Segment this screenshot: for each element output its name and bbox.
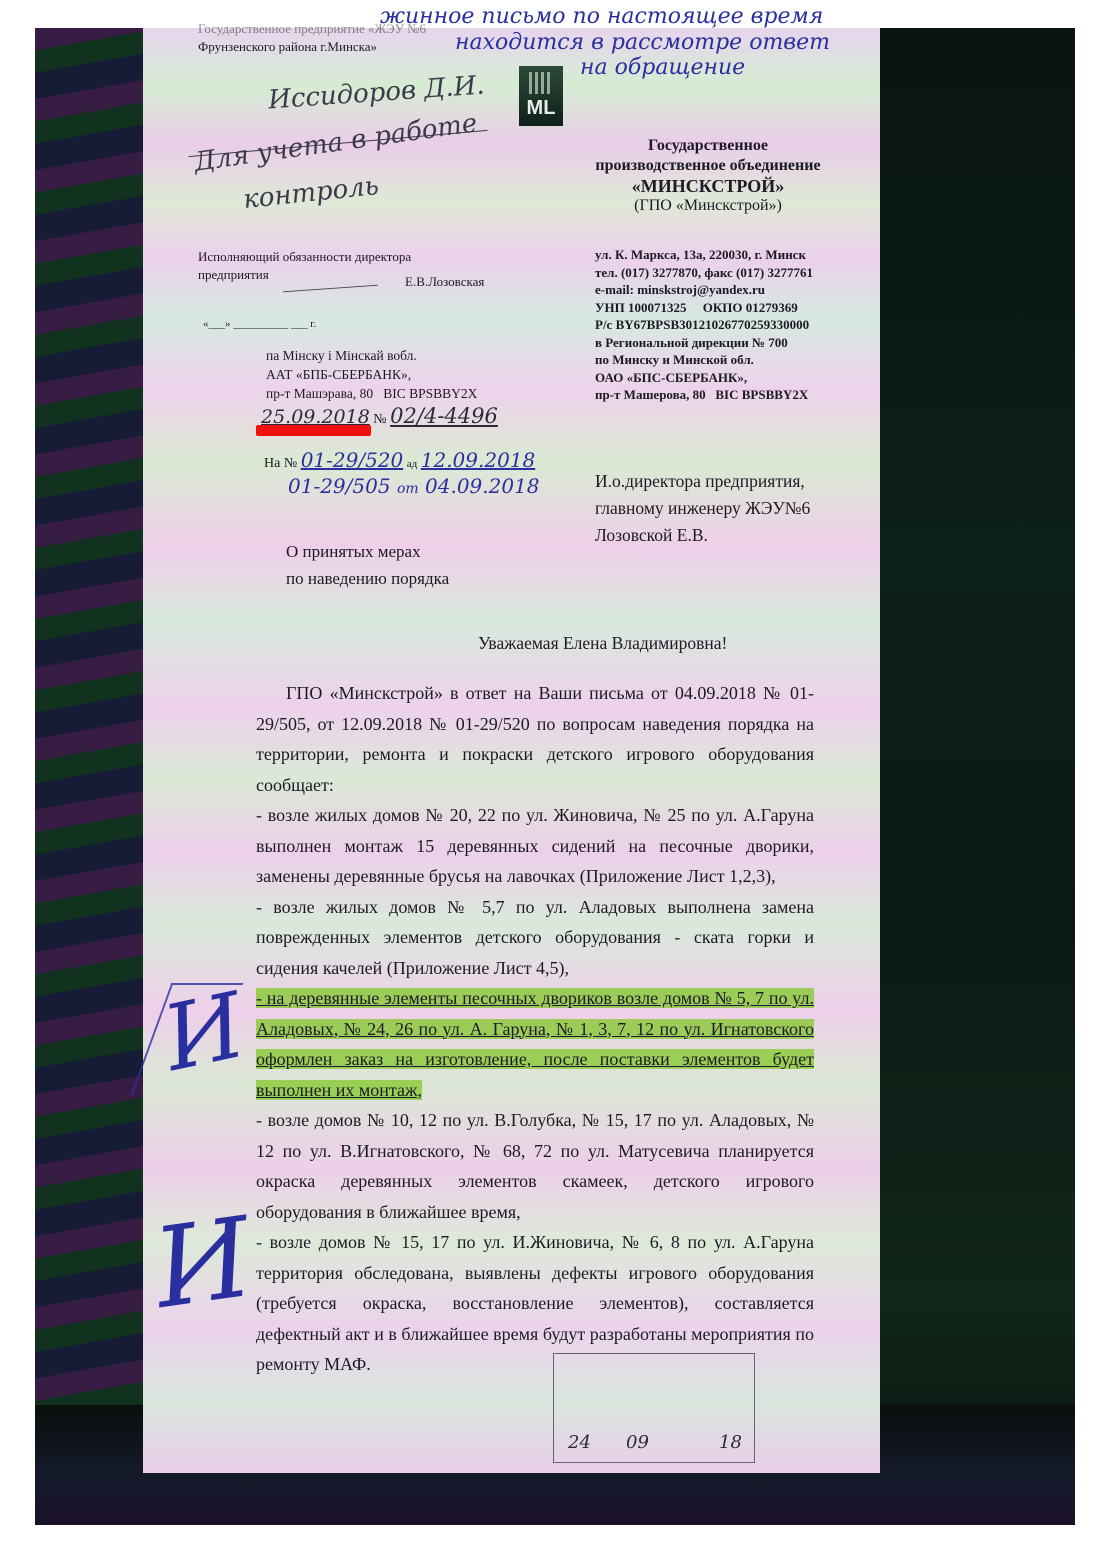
org-bank-line2: по Минску и Минской обл. [595, 351, 825, 369]
subject-block: О принятых мерах по наведению порядка [286, 538, 449, 592]
subject-line1: О принятых мерах [286, 538, 449, 565]
org-title-line2: производственное объединение [583, 156, 833, 176]
body-item-4: - возле домов № 10, 12 по ул. В.Голубка,… [256, 1105, 814, 1227]
org-phone: тел. (017) 3277870, факс (017) 3277761 [595, 264, 825, 282]
bank-by-line2: ААТ «БПБ-СБЕРБАНК», [266, 365, 477, 384]
outgoing-number: 02/4-4496 [390, 404, 498, 428]
subject-line2: по наведению порядка [286, 565, 449, 592]
bank-info-by: па Мінску і Мінскай вобл. ААТ «БПБ-СБЕРБ… [266, 346, 477, 403]
top-note-line1: жинное письмо по настоящее время [380, 4, 823, 30]
acting-director-label2: предприятия [198, 266, 269, 283]
letter-body: ГПО «Минскстрой» в ответ на Ваши письма … [256, 678, 814, 1380]
stamp-month: 09 [626, 1432, 649, 1453]
minskstroy-logo: ML [519, 66, 563, 126]
recipient-line3: Лозовской Е.В. [595, 522, 810, 549]
approval-date-blank: «___» __________ ___ г. [203, 316, 316, 333]
bank-by-line3: пр-т Машэрава, 80 BIC BPSBBY2X [266, 384, 477, 403]
in-reply-date2: 04.09.2018 [425, 474, 540, 498]
org-title-line1: Государственное [583, 136, 833, 156]
dark-surface-right [880, 28, 1075, 1525]
org-title: Государственное производственное объедин… [583, 136, 833, 216]
org-contact-block: ул. К. Маркса, 13а, 220030, г. Минск тел… [595, 246, 825, 404]
resolution-text: Для учета в работе [192, 108, 479, 177]
org-bank-line1: в Региональной дирекции № 700 [595, 334, 825, 352]
director-signature [283, 285, 378, 293]
logo-text: ML [527, 97, 556, 120]
in-reply-number1: 01-29/520 [301, 448, 404, 472]
top-note-line2: находится в рассмотре ответ [455, 30, 830, 56]
org-title-line3: «МИНСКСТРОЙ» [583, 176, 833, 196]
margin-mark-2: И [148, 1202, 258, 1324]
org-bank-line4: пр-т Машерова, 80 BIC BPSBBY2X [595, 386, 825, 404]
in-reply-from-label2: от [397, 481, 419, 497]
body-item-2: - возле жилых домов № 5,7 по ул. Аладовы… [256, 892, 814, 984]
sender-org-line2: Фрунзенского района г.Минска» [198, 38, 377, 55]
in-reply-label: На № [264, 456, 297, 471]
top-note-line3: на обращение [580, 55, 745, 81]
body-item-3: - на деревянные элементы песочных дворик… [256, 983, 814, 1105]
red-underline-mark [256, 425, 371, 436]
body-intro: ГПО «Минскстрой» в ответ на Ваши письма … [256, 678, 814, 800]
outgoing-no-label: № [373, 412, 386, 427]
bank-by-line1: па Мінску і Мінскай вобл. [266, 346, 477, 365]
in-reply-number2: 01-29/505 [288, 474, 391, 498]
acting-director-label: Исполняющий обязанности директора [198, 248, 411, 265]
org-email: e-mail: minskstroj@yandex.ru [595, 281, 825, 299]
logo-buildings-icon [529, 72, 553, 94]
stamp-year: 18 [719, 1432, 742, 1453]
org-title-line4: (ГПО «Минскстрой») [583, 196, 833, 216]
salutation: Уважаемая Елена Владимировна! [478, 633, 727, 654]
in-reply-line2: 01-29/505 от 04.09.2018 [288, 474, 540, 498]
org-unp-okpo: УНП 100071325 ОКПО 01279369 [595, 299, 825, 317]
resolution-name: Иссидоров Д.И. [267, 70, 485, 115]
recipient-line2: главному инженеру ЖЭУ№6 [595, 495, 810, 522]
body-item-3-highlighted: - на деревянные элементы песочных дворик… [256, 988, 814, 1100]
org-bank-line3: ОАО «БПС-СБЕРБАНК», [595, 369, 825, 387]
org-account: Р/с BY67BPSB30121026770259330000 [595, 316, 825, 334]
in-reply-line1: На № 01-29/520 ад 12.09.2018 [264, 448, 535, 472]
recipient-line1: И.о.директора предприятия, [595, 468, 810, 495]
resolution-text2: контроль [242, 171, 380, 215]
incoming-stamp: 24 09 18 [553, 1353, 755, 1463]
letter-page: Государственное предприятие «ЖЭУ №6 Фрун… [143, 28, 880, 1473]
body-item-1: - возле жилых домов № 20, 22 по ул. Жино… [256, 800, 814, 892]
recipient-block: И.о.директора предприятия, главному инже… [595, 468, 810, 549]
org-address: ул. К. Маркса, 13а, 220030, г. Минск [595, 246, 825, 264]
stamp-day: 24 [568, 1432, 591, 1453]
acting-director-name: Е.В.Лозовская [405, 273, 484, 290]
in-reply-from-label: ад [407, 458, 417, 470]
in-reply-date1: 12.09.2018 [421, 448, 536, 472]
